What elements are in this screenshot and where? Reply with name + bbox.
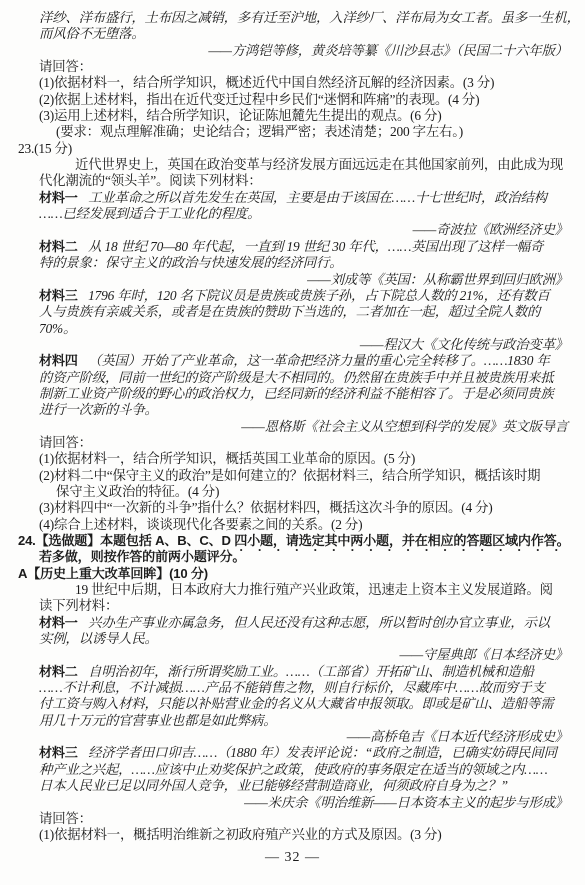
text-run: (4)综合上述材料，谈谈现代化各要素之间的关系。(2 分) [39, 517, 362, 532]
material-text: 特的景象：保守主义的政治与快速发展的经济同行。 [0, 255, 585, 271]
material-text: 材料三经济学者田口卯吉……（1880 年）发表评论说：“政府之制造，已确实妨碍民… [0, 745, 585, 761]
text-run: 付工资与购入材料，只能以补贴营业金的名义从大藏省申报领取。即或是矿山、造船等需 [39, 696, 553, 711]
material-label: 材料一 [39, 615, 78, 630]
material-label: 材料一 [39, 190, 78, 205]
material-text: ……已经发展到适合于工业化的程度。 [0, 206, 585, 222]
text-run: (2)材料二中“保守主义的政治”是如何建立的？依据材料三，结合所学知识，概括该时… [39, 468, 540, 483]
material-text: 人与贵族有亲戚关系，或者是在贵族的赞助下当选的，二者加在一起，超过全院人数的 [0, 304, 585, 320]
text-run: （英国）开始了产业革命，这一革命把经济力量的重心完全转移了。……1830 年 [88, 353, 549, 368]
material-text: 材料一工业革命之所以首先发生在英国，主要是由于该国在……十七世纪时，政治结构 [0, 190, 585, 206]
text-run: A【历史上重大改革回眸】(10 分) [18, 566, 208, 581]
text-run: ——刘成等《英国：从称霸世界到回归欧洲》 [307, 272, 568, 287]
material-text: 日本人民业已足以同外国人竞争，业已能够经营制造商业，何须政府自身为之？” [0, 778, 585, 794]
material-text: 材料一兴办生产事业亦属急务，但人民还没有这种志愿，所以暂时创办官立事业，示以 [0, 615, 585, 631]
material-label: 材料三 [39, 745, 78, 760]
text-run: ——米庆余《明治维新——日本资本主义的起步与形成》 [244, 795, 568, 810]
source-attribution: ——方鸿铠等修，黄炎培等纂《川沙县志》（民国二十六年版） [0, 43, 585, 59]
material-text: 材料三1796 年时，120 名下院议员是贵族或贵族子孙，占下院总人数的 21%… [0, 288, 585, 304]
question-intro: 19 世纪中后期，日本政府大力推行殖产兴业政策，迅速走上资本主义发展道路。阅 [0, 582, 585, 598]
material-text: 付工资与购入材料，只能以补贴营业金的名义从大藏省申报领取。即或是矿山、造船等需 [0, 696, 585, 712]
sub-question: (3)运用上述材料，结合所学知识，论证陈旭麓先生提出的观点。(6 分) [0, 108, 585, 124]
text-run: 种产业之兴起，……应该中止劝奖保护之政策，使政府的事务限定在适当的领域之内…… [39, 762, 548, 777]
question-intro: 读下列材料： [0, 598, 585, 614]
text-run: 若多做，则按作答的前两小题评分。 [39, 549, 245, 564]
text-run: ……已经发展到适合于工业化的程度。 [39, 206, 260, 221]
text-run: 兴办生产事业亦属急务，但人民还没有这种志愿，所以暂时创办官立事业，示以 [88, 615, 550, 630]
source-attribution: ——守屋典郎《日本经济史》 [0, 647, 585, 663]
material-label: 材料四 [39, 353, 78, 368]
text-run: 代化潮流的“领头羊”。阅读下列材料： [39, 173, 262, 188]
source-attribution: ——恩格斯《社会主义从空想到科学的发展》英文版导言 [0, 419, 585, 435]
material-text: 而风俗不无堕落。 [0, 26, 585, 42]
text-run: ——奇波拉《欧洲经济史》 [413, 222, 568, 237]
section-a-header: A【历史上重大改革回眸】(10 分) [0, 566, 585, 582]
text-run: 23.(15 分) [18, 141, 72, 156]
source-attribution: ——刘成等《英国：从称霸世界到回归欧洲》 [0, 272, 585, 288]
answer-prompt: 请回答： [0, 811, 585, 827]
text-run: 近代世界史上，英国在政治变革与经济发展方面远远走在其他国家前列，由此成为现 [75, 157, 563, 172]
text-run: 日本人民业已足以同外国人竞争，业已能够经营制造商业，何须政府自身为之？” [39, 778, 508, 793]
sub-question: (1)依据材料一，结合所学知识，概述近代中国自然经济瓦解的经济因素。(3 分) [0, 75, 585, 91]
text-run: 请回答： [39, 435, 92, 450]
sub-question: (4)综合上述材料，谈谈现代化各要素之间的关系。(2 分) [0, 517, 585, 533]
text-run: (2)依据上述材料，指出在近代变迁过程中乡民们“迷惘和阵痛”的表现。(4 分) [39, 92, 479, 107]
material-text: 种产业之兴起，……应该中止劝奖保护之政策，使政府的事务限定在适当的领域之内…… [0, 762, 585, 778]
source-attribution: ——奇波拉《欧洲经济史》 [0, 222, 585, 238]
text-run: 进行一次新的斗争。 [39, 402, 158, 417]
material-text: 材料四（英国）开始了产业革命，这一革命把经济力量的重心完全转移了。……1830 … [0, 353, 585, 369]
material-text: 进行一次新的斗争。 [0, 402, 585, 418]
text-run: 工业革命之所以首先发生在英国，主要是由于该国在……十七世纪时，政治结构 [88, 190, 547, 205]
sub-question: (2)材料二中“保守主义的政治”是如何建立的？依据材料三，结合所学知识，概括该时… [0, 468, 585, 484]
material-text: 的资产阶级，同前一世纪的资产阶级是大不相同的。仍然留在贵族手中并且被贵族用来抵 [0, 370, 585, 386]
text-run: ——方鸿铠等修，黄炎培等纂《川沙县志》（民国二十六年版） [208, 43, 568, 58]
sub-question: (2)依据上述材料，指出在近代变迁过程中乡民们“迷惘和阵痛”的表现。(4 分) [0, 92, 585, 108]
material-text: 洋纱、洋布盛行，土布因之减销，多有迁至沪地，入洋纱厂、洋布局为女工者。虽多一生机… [0, 10, 585, 26]
text-run: (3)材料四中“一次新的斗争”指什么？依据材料四，概括这次斗争的原因。(4 分) [39, 500, 493, 515]
text-run: 洋纱、洋布盛行，土布因之减销，多有迁至沪地，入洋纱厂、洋布局为女工者。虽多一生机… [39, 10, 580, 25]
source-attribution: ——高桥龟吉《日本近代经济形成史》 [0, 729, 585, 745]
material-label: 材料二 [39, 239, 78, 254]
text-run: 70%。 [39, 321, 76, 336]
text-run: 特的景象：保守主义的政治与快速发展的经济同行。 [39, 255, 342, 270]
text-run: (要求：观点理解准确；史论结合；逻辑严密；表述清楚；200 字左右。) [56, 124, 463, 139]
text-run: ——恩格斯《社会主义从空想到科学的发展》英文版导言 [241, 419, 568, 434]
answer-prompt: 请回答： [0, 435, 585, 451]
material-text: 70%。 [0, 321, 585, 337]
text-run: 实例，以诱导人民。 [39, 631, 158, 646]
material-text: 材料二自明治初年，渐行所谓奖励工业。……（工部省）开拓矿山、制造机械和造船 [0, 664, 585, 680]
text-run: 制新工业资产阶级的野心的政治权力，已经同新的经济利益不能相容了。于是必须同贵族 [39, 386, 553, 401]
material-text: 制新工业资产阶级的野心的政治权力，已经同新的经济利益不能相容了。于是必须同贵族 [0, 386, 585, 402]
text-run: 的资产阶级，同前一世纪的资产阶级是大不相同的。仍然留在贵族手中并且被贵族用来抵 [39, 370, 553, 385]
text-run: 经济学者田口卯吉……（1880 年）发表评论说：“政府之制造，已确实妨碍民间同 [88, 745, 557, 760]
text-run: 请回答： [39, 811, 92, 826]
text-run: (1)依据材料一，结合所学知识，概述近代中国自然经济瓦解的经济因素。(3 分) [39, 75, 494, 90]
text-run: (3)运用上述材料，结合所学知识，论证陈旭麓先生提出的观点。(6 分) [39, 108, 442, 123]
text-run: (1)依据材料一，概括明治维新之初政府殖产兴业的方式及原因。(3 分) [39, 827, 442, 842]
sub-question: (1)依据材料一，结合所学知识，概括英国工业革命的原因。(5 分) [0, 451, 585, 467]
source-attribution: ——米庆余《明治维新——日本资本主义的起步与形成》 [0, 795, 585, 811]
text-run: 而风俗不无堕落。 [39, 26, 145, 41]
material-label: 材料三 [39, 288, 78, 303]
source-attribution: ——程汉大《文化传统与政治变革》 [0, 337, 585, 353]
text-run: 从 18 世纪 70—80 年代起，一直到 19 世纪 30 年代，……英国出现… [88, 239, 543, 254]
sub-question: (1)依据材料一，概括明治维新之初政府殖产兴业的方式及原因。(3 分) [0, 827, 585, 843]
text-run: 1796 年时，120 名下院议员是贵族或贵族子孙，占下院总人数的 21%，还有… [88, 288, 549, 303]
text-run: (1)依据材料一，结合所学知识，概括英国工业革命的原因。(5 分) [39, 451, 415, 466]
material-label: 材料二 [39, 664, 78, 679]
text-run: 自明治初年，渐行所谓奖励工业。……（工部省）开拓矿山、制造机械和造船 [88, 664, 534, 679]
page-number: — 32 — [0, 850, 585, 866]
sub-question: (3)材料四中“一次新的斗争”指什么？依据材料四，概括这次斗争的原因。(4 分) [0, 500, 585, 516]
emphasis-dots: ·················· [239, 542, 573, 558]
sub-question: 保守主义政治的特征。(4 分) [0, 484, 585, 500]
text-run: ——守屋典郎《日本经济史》 [399, 647, 568, 662]
text-run: 用几十万元的官营事业也都是如此弊病。 [39, 713, 276, 728]
answer-prompt: 请回答： [0, 59, 585, 75]
text-run: 保守主义政治的特征。(4 分) [56, 484, 219, 499]
question-intro: 代化潮流的“领头羊”。阅读下列材料： [0, 173, 585, 189]
text-run: ——程汉大《文化传统与政治变革》 [360, 337, 568, 352]
text-run: 19 世纪中后期，日本政府大力推行殖产兴业政策，迅速走上资本主义发展道路。阅 [75, 582, 553, 597]
question-intro: 近代世界史上，英国在政治变革与经济发展方面远远走在其他国家前列，由此成为现 [0, 157, 585, 173]
material-text: 实例，以诱导人民。 [0, 631, 585, 647]
material-text: 材料二从 18 世纪 70—80 年代起，一直到 19 世纪 30 年代，……英… [0, 239, 585, 255]
text-run: ——高桥龟吉《日本近代经济形成史》 [347, 729, 568, 744]
text-run: ……不计利息，不计减损……产品不能销售之物，则自行标价，尽藏库中……故而穷于支 [39, 680, 545, 695]
text-run: 人与贵族有亲戚关系，或者是在贵族的赞助下当选的，二者加在一起，超过全院人数的 [39, 304, 540, 319]
answer-requirements: (要求：观点理解准确；史论结合；逻辑严密；表述清楚；200 字左右。) [0, 124, 585, 140]
material-text: 用几十万元的官营事业也都是如此弊病。 [0, 713, 585, 729]
question-23-header: 23.(15 分) [0, 141, 585, 157]
text-run: 读下列材料： [39, 598, 118, 613]
exam-paper-page: 洋纱、洋布盛行，土布因之减销，多有迁至沪地，入洋纱厂、洋布局为女工者。虽多一生机… [0, 0, 585, 885]
material-text: ……不计利息，不计减损……产品不能销售之物，则自行标价，尽藏库中……故而穷于支 [0, 680, 585, 696]
text-run: 请回答： [39, 59, 92, 74]
text-column: 洋纱、洋布盛行，土布因之减销，多有迁至沪地，入洋纱厂、洋布局为女工者。虽多一生机… [0, 0, 585, 844]
